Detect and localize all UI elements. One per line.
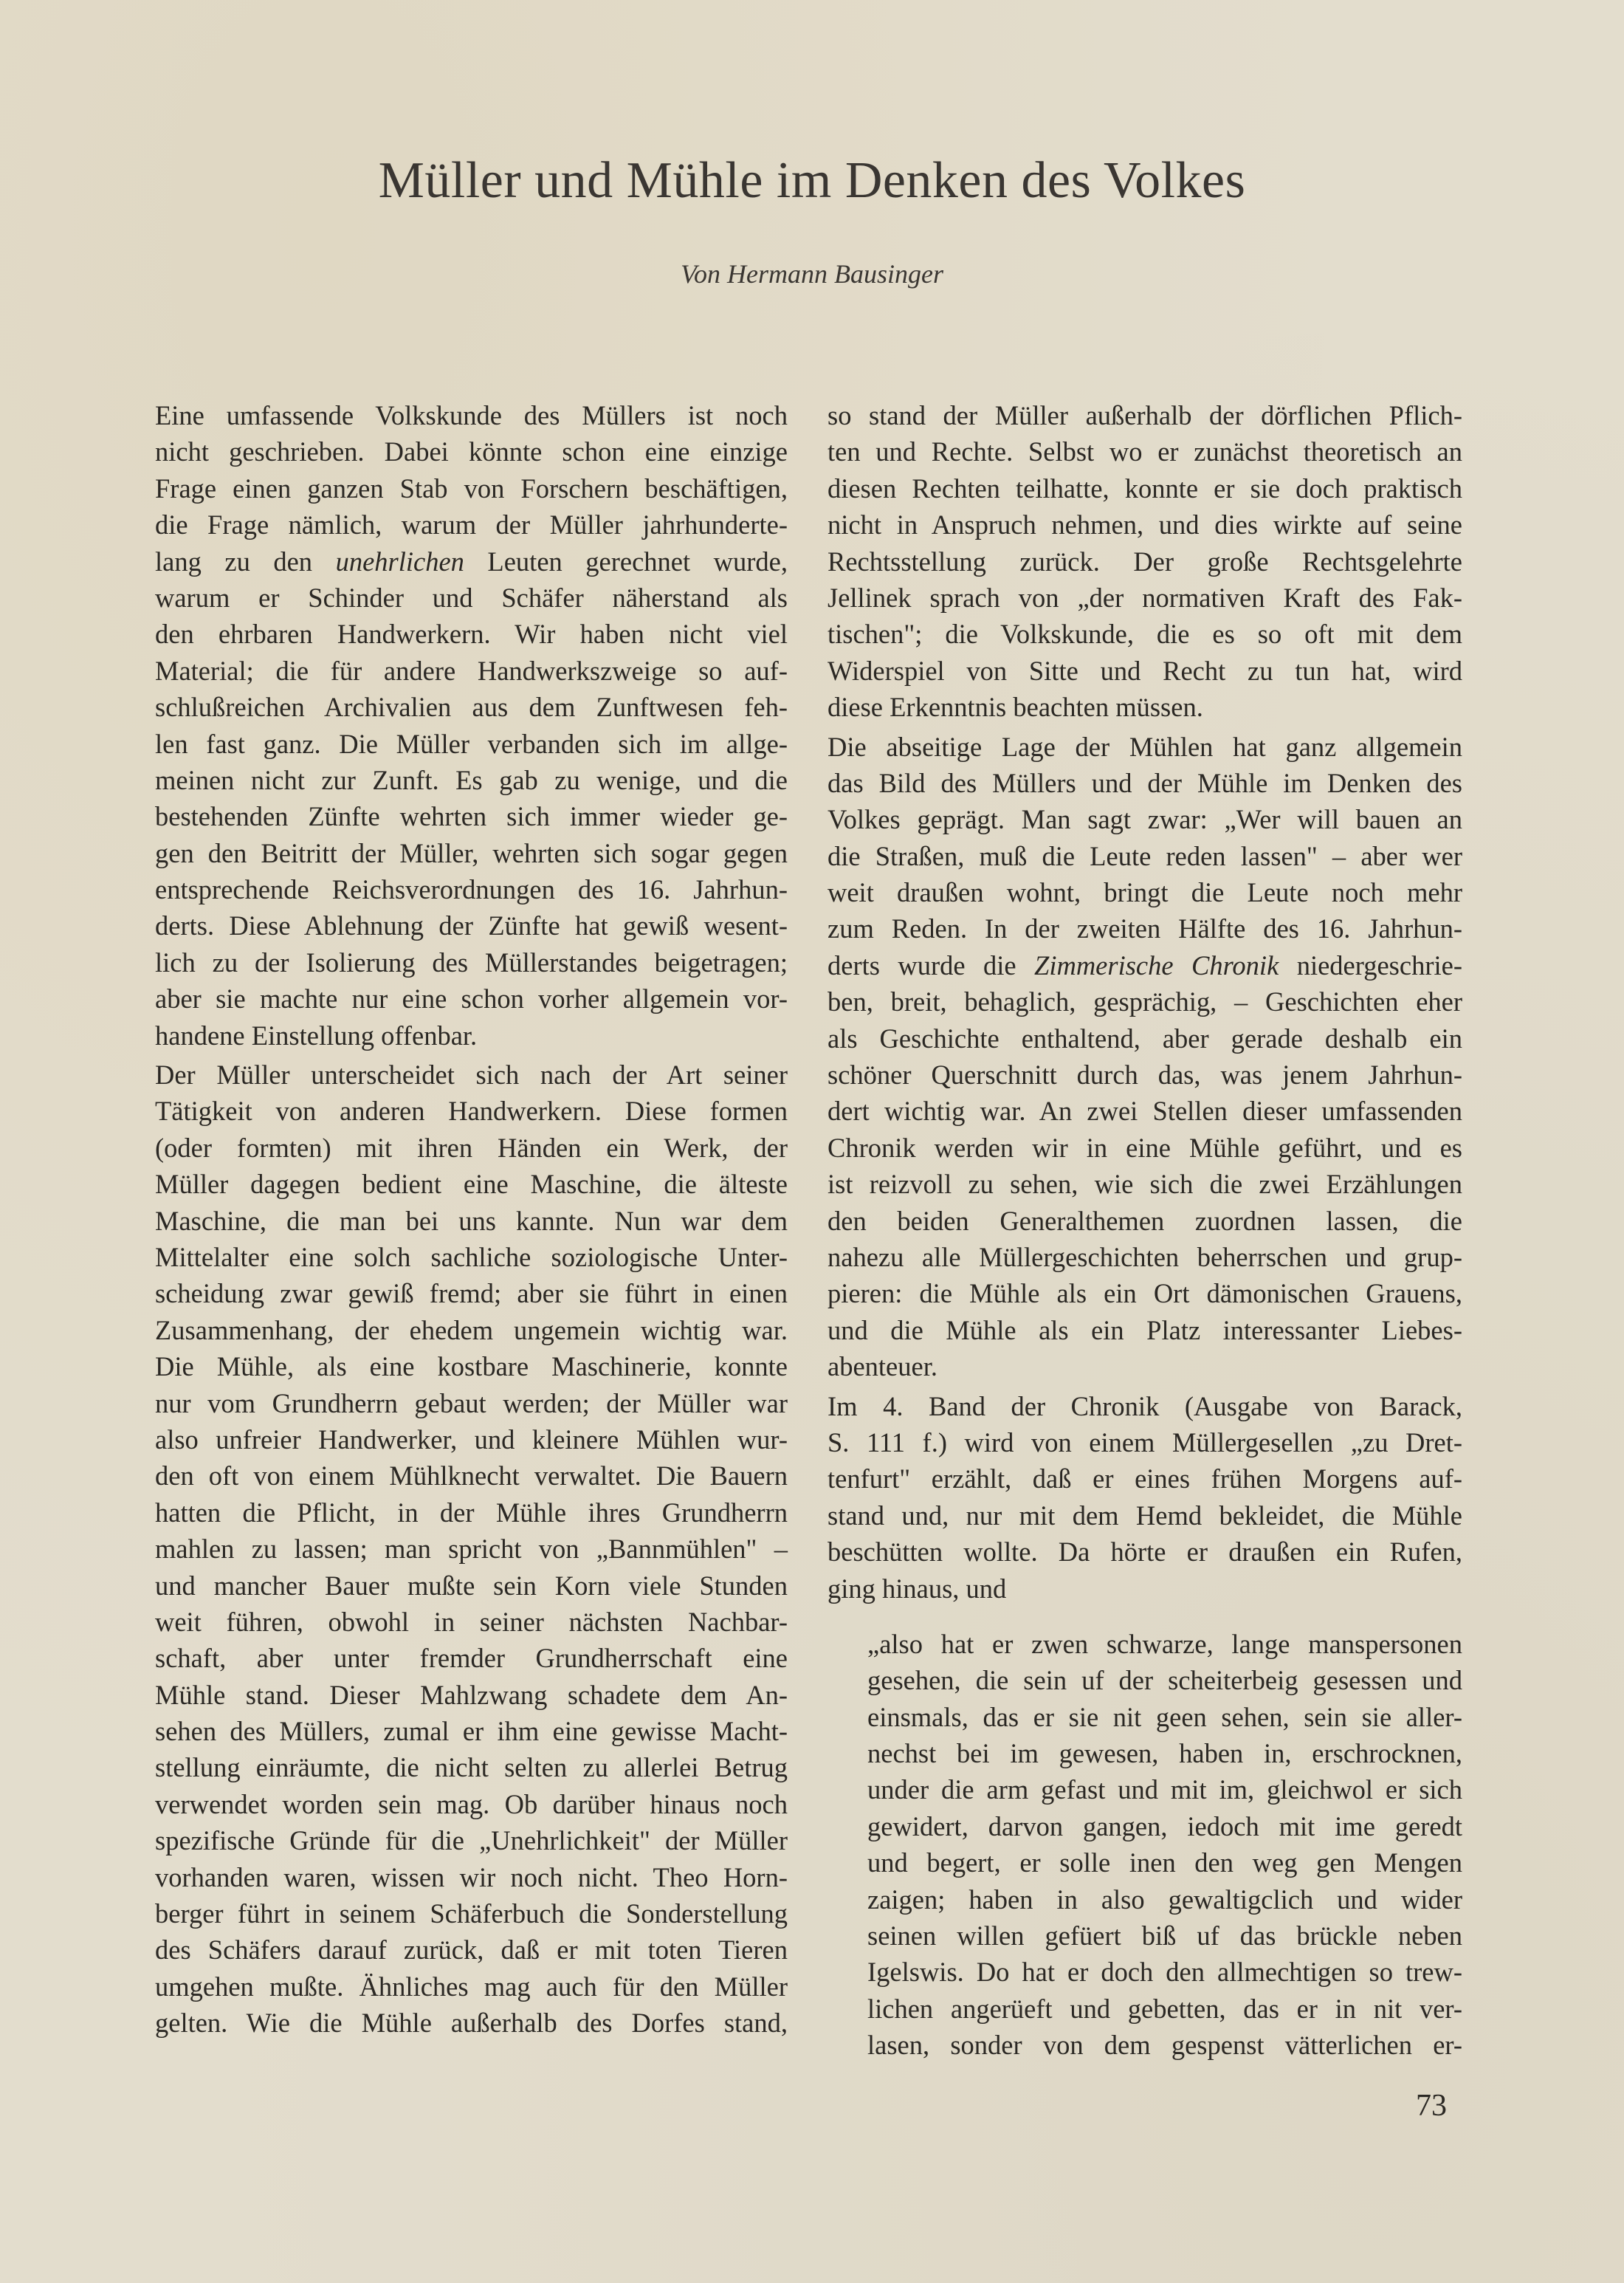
text-line: meinen nicht zur Zunft. Es gab zu wenige… — [155, 762, 788, 798]
text-line: weit führen, obwohl in seiner nächsten N… — [155, 1604, 788, 1640]
text-line: abenteuer. — [828, 1348, 1462, 1384]
text-line: derts. Diese Ablehnung der Zünfte hat ge… — [155, 907, 788, 944]
text-line: tischen"; die Volkskunde, die es so oft … — [828, 616, 1462, 652]
text-line: die Straßen, muß die Leute reden lassen"… — [828, 838, 1462, 874]
left-column: Eine umfassende Volkskunde des Müllers i… — [155, 397, 788, 2042]
paragraph: Der Müller unterscheidet sich nach der A… — [155, 1057, 788, 2042]
text-line: aber sie machte nur eine schon vorher al… — [155, 981, 788, 1017]
text-line: beschütten wollte. Da hörte er draußen e… — [828, 1534, 1462, 1570]
text-line: einsmals, das er sie nit geen sehen, sei… — [867, 1699, 1462, 1735]
text-line: lichen angerüeft und gebetten, das er in… — [867, 1991, 1462, 2027]
text-line: bestehenden Zünfte wehrten sich immer wi… — [155, 798, 788, 834]
text-line: Igelswis. Do hat er doch den allmechtige… — [867, 1954, 1462, 1990]
text-line: under die arm gefast und mit im, gleichw… — [867, 1771, 1462, 1807]
text-line: stellung einräumte, die nicht selten zu … — [155, 1749, 788, 1785]
text-line: Im 4. Band der Chronik (Ausgabe von Bara… — [828, 1388, 1462, 1424]
text-line: entsprechende Reichsverordnungen des 16.… — [155, 871, 788, 907]
text-line: den oft von einem Mühlknecht verwaltet. … — [155, 1458, 788, 1494]
text-line: so stand der Müller außerhalb der dörfli… — [828, 397, 1462, 433]
text-line: diese Erkenntnis beachten müssen. — [828, 689, 1462, 725]
paragraph: Im 4. Band der Chronik (Ausgabe von Bara… — [828, 1388, 1462, 1607]
text-line: stand und, nur mit dem Hemd bekleidet, d… — [828, 1497, 1462, 1534]
text-line: derts wurde die Zimmerische Chronik nied… — [828, 947, 1462, 983]
text-line: sehen des Müllers, zumal er ihm eine gew… — [155, 1713, 788, 1749]
text-line: gewidert, darvon gangen, iedoch mit ime … — [867, 1808, 1462, 1844]
text-line: den ehrbaren Handwerkern. Wir haben nich… — [155, 616, 788, 652]
paragraph: so stand der Müller außerhalb der dörfli… — [828, 397, 1462, 726]
text-line: „also hat er zwen schwarze, lange manspe… — [867, 1626, 1462, 1662]
text-line: und begert, er solle inen den weg gen Me… — [867, 1844, 1462, 1881]
text-line: gen den Beitritt der Müller, wehrten sic… — [155, 835, 788, 871]
text-line: gelten. Wie die Mühle außerhalb des Dorf… — [155, 2005, 788, 2041]
text-line: und mancher Bauer mußte sein Korn viele … — [155, 1568, 788, 1604]
text-line: Chronik werden wir in eine Mühle geführt… — [828, 1130, 1462, 1166]
text-line: pieren: die Mühle als ein Ort dämonische… — [828, 1275, 1462, 1311]
text-line: den beiden Generalthemen zuordnen lassen… — [828, 1203, 1462, 1239]
text-line: seinen willen gefüert biß uf das brückle… — [867, 1918, 1462, 1954]
text-line: Material; die für andere Handwerkszweige… — [155, 653, 788, 689]
text-line: schlußreichen Archivalien aus dem Zunftw… — [155, 689, 788, 725]
text-line: Die abseitige Lage der Mühlen hat ganz a… — [828, 729, 1462, 765]
text-line: hatten die Pflicht, in der Mühle ihres G… — [155, 1494, 788, 1531]
text-line: lasen, sonder von dem gespenst vätterlic… — [867, 2027, 1462, 2063]
text-line: Frage einen ganzen Stab von Forschern be… — [155, 470, 788, 507]
text-line: als Geschichte enthaltend, aber gerade d… — [828, 1020, 1462, 1057]
text-line: Müller dagegen bedient eine Maschine, di… — [155, 1166, 788, 1202]
paragraph: Die abseitige Lage der Mühlen hat ganz a… — [828, 729, 1462, 1385]
text-line: Widerspiel von Sitte und Recht zu tun ha… — [828, 653, 1462, 689]
text-line: S. 111 f.) wird von einem Müllergesellen… — [828, 1424, 1462, 1460]
text-line: das Bild des Müllers und der Mühle im De… — [828, 765, 1462, 801]
text-line: schöner Querschnitt durch das, was jenem… — [828, 1057, 1462, 1093]
text-line: Jellinek sprach von „der normativen Kraf… — [828, 580, 1462, 616]
text-line: schaft, aber unter fremder Grundherrscha… — [155, 1640, 788, 1676]
text-line: des Schäfers darauf zurück, daß er mit t… — [155, 1932, 788, 1968]
article-byline: Von Hermann Bausinger — [0, 258, 1624, 289]
text-line: Maschine, die man bei uns kannte. Nun wa… — [155, 1203, 788, 1239]
text-line: ist reizvoll zu sehen, wie sich die zwei… — [828, 1166, 1462, 1202]
text-line: lang zu den unehrlichen Leuten gerechnet… — [155, 543, 788, 580]
text-line: weit draußen wohnt, bringt die Leute noc… — [828, 874, 1462, 910]
article-title: Müller und Mühle im Denken des Volkes — [0, 151, 1624, 210]
text-line: (oder formten) mit ihren Händen ein Werk… — [155, 1130, 788, 1166]
text-line: Mittelalter eine solch sachliche soziolo… — [155, 1239, 788, 1275]
text-line: zaigen; haben in also gewaltigclich und … — [867, 1881, 1462, 1918]
text-line: spezifische Gründe für die „Unehrlichkei… — [155, 1822, 788, 1858]
text-line: ben, breit, behaglich, gesprächig, – Ges… — [828, 983, 1462, 1020]
text-line: vorhanden waren, wissen wir noch nicht. … — [155, 1859, 788, 1895]
text-line: umgehen mußte. Ähnliches mag auch für de… — [155, 1968, 788, 2005]
text-line: verwendet worden sein mag. Ob darüber hi… — [155, 1786, 788, 1822]
text-line: Zusammenhang, der ehedem ungemein wichti… — [155, 1312, 788, 1348]
text-line: nicht geschrieben. Dabei könnte schon ei… — [155, 433, 788, 470]
text-line: dert wichtig war. An zwei Stellen dieser… — [828, 1093, 1462, 1129]
text-line: scheidung zwar gewiß fremd; aber sie füh… — [155, 1275, 788, 1311]
text-line: Tätigkeit von anderen Handwerkern. Diese… — [155, 1093, 788, 1129]
text-line: tenfurt" erzählt, daß er eines frühen Mo… — [828, 1460, 1462, 1497]
text-line: nechst bei im gewesen, haben in, erschro… — [867, 1735, 1462, 1771]
page-number: 73 — [1416, 2088, 1447, 2124]
block-quote: „also hat er zwen schwarze, lange manspe… — [867, 1626, 1462, 2064]
text-line: mahlen zu lassen; man spricht von „Bannm… — [155, 1531, 788, 1567]
text-line: ging hinaus, und — [828, 1570, 1462, 1607]
text-line: warum er Schinder und Schäfer näherstand… — [155, 580, 788, 616]
text-line: lich zu der Isolierung des Müllerstandes… — [155, 944, 788, 981]
text-line: Volkes geprägt. Man sagt zwar: „Wer will… — [828, 801, 1462, 837]
text-line: Mühle stand. Dieser Mahlzwang schadete d… — [155, 1677, 788, 1713]
text-line: nahezu alle Müllergeschichten beherrsche… — [828, 1239, 1462, 1275]
text-line: nicht in Anspruch nehmen, und dies wirkt… — [828, 507, 1462, 543]
text-line: diesen Rechten teilhatte, konnte er sie … — [828, 470, 1462, 507]
text-line: Rechtsstellung zurück. Der große Rechtsg… — [828, 543, 1462, 580]
text-line: also unfreier Handwerker, und kleinere M… — [155, 1421, 788, 1458]
text-line: die Frage nämlich, warum der Müller jahr… — [155, 507, 788, 543]
right-column: so stand der Müller außerhalb der dörfli… — [828, 397, 1462, 2064]
paragraph: Eine umfassende Volkskunde des Müllers i… — [155, 397, 788, 1054]
text-line: Eine umfassende Volkskunde des Müllers i… — [155, 397, 788, 433]
text-line: handene Einstellung offenbar. — [155, 1017, 788, 1054]
text-line: berger führt in seinem Schäferbuch die S… — [155, 1895, 788, 1932]
text-line: Die Mühle, als eine kostbare Maschinerie… — [155, 1348, 788, 1384]
text-line: gesehen, die sein uf der scheiterbeig ge… — [867, 1662, 1462, 1698]
text-line: zum Reden. In der zweiten Hälfte des 16.… — [828, 910, 1462, 947]
text-line: und die Mühle als ein Platz interessante… — [828, 1312, 1462, 1348]
text-line: len fast ganz. Die Müller verbanden sich… — [155, 726, 788, 762]
text-line: ten und Rechte. Selbst wo er zunächst th… — [828, 433, 1462, 470]
text-line: Der Müller unterscheidet sich nach der A… — [155, 1057, 788, 1093]
text-line: nur vom Grundherrn gebaut werden; der Mü… — [155, 1385, 788, 1421]
